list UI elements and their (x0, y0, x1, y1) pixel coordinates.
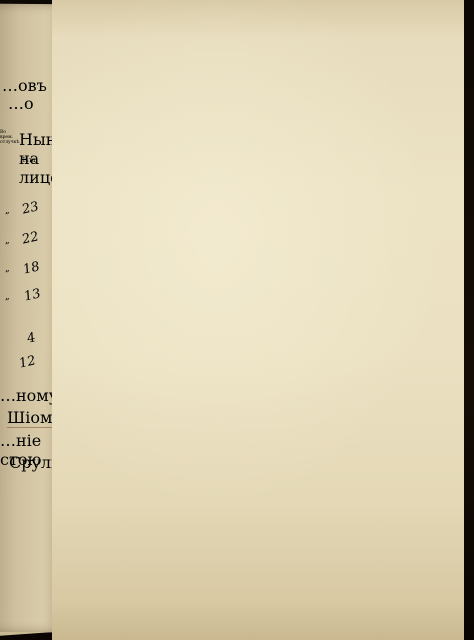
ditto-mark: „ (5, 206, 10, 216)
main-page-paper (52, 0, 464, 640)
handwriting-fragment: …о (8, 94, 34, 113)
age-value: 23 (22, 199, 39, 218)
age-value: 4 (27, 330, 36, 347)
archive-document-photo: …овъ …о Во врем. отлучкѣ. Нынѣ на лицо. … (0, 0, 474, 640)
column-header-leta: Лѣта. (20, 157, 42, 164)
handwriting-fragment: …ному (0, 386, 58, 405)
handwriting-fragment: …овъ (2, 76, 47, 95)
ditto-mark: „ (5, 236, 10, 246)
age-value: 13 (24, 286, 41, 305)
age-value: 12 (19, 353, 36, 372)
age-value: 18 (23, 259, 40, 278)
ditto-mark: „ (5, 292, 10, 302)
ditto-mark: „ (5, 264, 10, 274)
column-header-absence: Во врем. отлучкѣ. (0, 130, 17, 145)
age-value: 22 (22, 229, 39, 248)
